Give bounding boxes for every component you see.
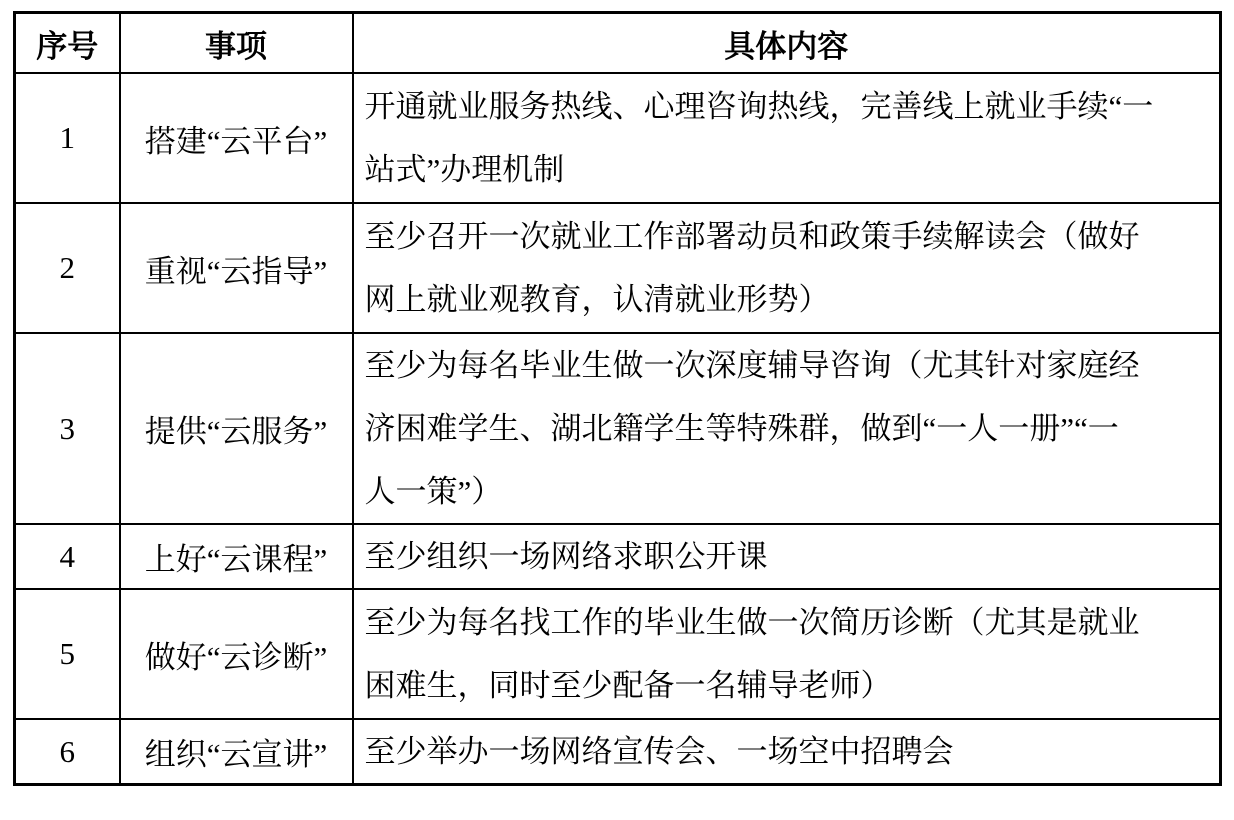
cell-index-6: 6	[15, 719, 120, 785]
table-row-3: 3 提供“云服务” 至少为每名毕业生做一次深度辅导咨询（尤其针对家庭经 济困难学…	[15, 333, 1221, 524]
table-row-1: 1 搭建“云平台” 开通就业服务热线、心理咨询热线，完善线上就业手续“一 站式”…	[15, 73, 1221, 203]
table-row-5: 5 做好“云诊断” 至少为每名找工作的毕业生做一次简历诊断（尤其是就业 困难生，…	[15, 589, 1221, 719]
cell-index-1: 1	[15, 73, 120, 203]
cell-content-2: 至少召开一次就业工作部署动员和政策手续解读会（做好 网上就业观教育，认清就业形势…	[353, 203, 1221, 333]
cell-content-1: 开通就业服务热线、心理咨询热线，完善线上就业手续“一 站式”办理机制	[353, 73, 1221, 203]
employment-measures-table: 序号 事项 具体内容 1 搭建“云平台” 开通就业服务热线、心理咨询热线，完善线…	[13, 11, 1222, 786]
cell-item-2: 重视“云指导”	[120, 203, 353, 333]
cell-index-3: 3	[15, 333, 120, 524]
document-page: 序号 事项 具体内容 1 搭建“云平台” 开通就业服务热线、心理咨询热线，完善线…	[0, 0, 1234, 820]
table-header: 序号 事项 具体内容	[15, 13, 1221, 74]
column-header-index: 序号	[15, 13, 120, 74]
cell-index-5: 5	[15, 589, 120, 719]
cell-content-5: 至少为每名找工作的毕业生做一次简历诊断（尤其是就业 困难生，同时至少配备一名辅导…	[353, 589, 1221, 719]
column-header-content: 具体内容	[353, 13, 1221, 74]
cell-item-4: 上好“云课程”	[120, 524, 353, 589]
cell-content-4: 至少组织一场网络求职公开课	[353, 524, 1221, 589]
cell-index-2: 2	[15, 203, 120, 333]
cell-index-4: 4	[15, 524, 120, 589]
cell-item-3: 提供“云服务”	[120, 333, 353, 524]
table-row-6: 6 组织“云宣讲” 至少举办一场网络宣传会、一场空中招聘会	[15, 719, 1221, 785]
table-body: 1 搭建“云平台” 开通就业服务热线、心理咨询热线，完善线上就业手续“一 站式”…	[15, 73, 1221, 785]
column-header-item: 事项	[120, 13, 353, 74]
table-row-2: 2 重视“云指导” 至少召开一次就业工作部署动员和政策手续解读会（做好 网上就业…	[15, 203, 1221, 333]
header-row: 序号 事项 具体内容	[15, 13, 1221, 74]
cell-item-1: 搭建“云平台”	[120, 73, 353, 203]
cell-item-6: 组织“云宣讲”	[120, 719, 353, 785]
cell-content-3: 至少为每名毕业生做一次深度辅导咨询（尤其针对家庭经 济困难学生、湖北籍学生等特殊…	[353, 333, 1221, 524]
cell-content-6: 至少举办一场网络宣传会、一场空中招聘会	[353, 719, 1221, 785]
table-row-4: 4 上好“云课程” 至少组织一场网络求职公开课	[15, 524, 1221, 589]
cell-item-5: 做好“云诊断”	[120, 589, 353, 719]
